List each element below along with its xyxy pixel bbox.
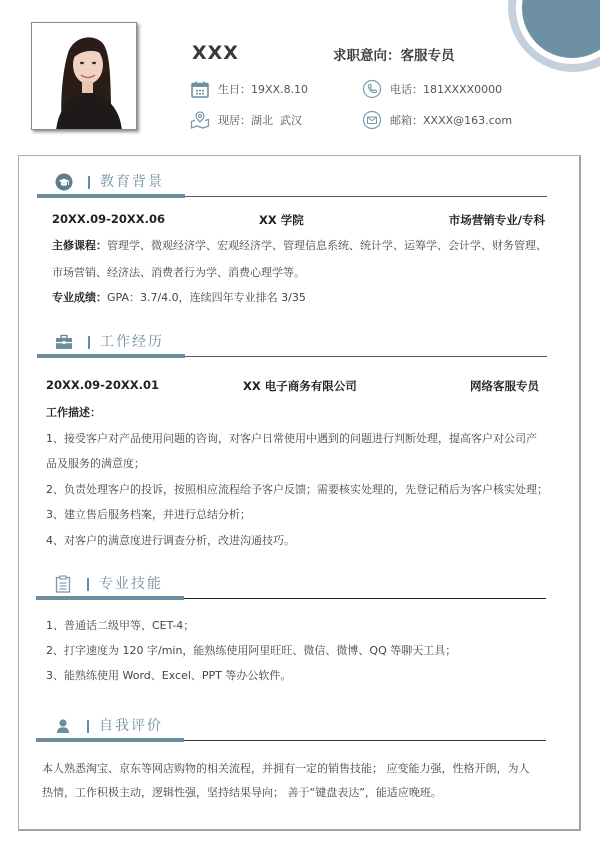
section-underline-accent <box>36 738 184 742</box>
candidate-name: XXX <box>192 42 239 64</box>
skill-item-3: 3、能熟练使用 Word、Excel、PPT 等办公软件。 <box>46 664 556 687</box>
section-divider-bar <box>88 176 90 189</box>
phone-value: 181XXXX0000 <box>423 83 502 96</box>
courses-line-1: 管理学、微观经济学、宏观经济学、管理信息系统、统计学、运筹学、会计学、财务管理、 <box>107 239 547 252</box>
briefcase-icon <box>55 333 73 351</box>
section-underline-accent <box>37 354 185 358</box>
email-info: 邮箱：XXXX@163.com <box>362 110 512 130</box>
section-title-work: 工作经历 <box>100 331 164 351</box>
courses-label: 主修课程： <box>52 239 107 252</box>
section-divider-bar <box>87 578 89 591</box>
work-entry: 20XX.09-20XX.01 XX 电子商务有限公司 网络客服专员 <box>46 378 539 394</box>
residence-value: 湖北 武汉 <box>251 112 302 128</box>
email-value: XXXX@163.com <box>423 114 512 127</box>
birthday-info: 生日：19XX.8.10 <box>190 79 308 99</box>
location-map-icon <box>190 110 210 130</box>
section-header-self-eval: 自我评价 <box>36 711 546 741</box>
job-intention-value: 客服专员 <box>401 48 455 64</box>
section-header-education: 教育背景 <box>37 167 547 197</box>
skill-item-2: 2、打字速度为 120 字/min，能熟练使用阿里旺旺、微信、微博、QQ 等聊天… <box>46 639 556 662</box>
education-entry: 20XX.09-20XX.06 XX 学院 市场营销专业/专科 <box>52 212 545 228</box>
section-divider-bar <box>88 336 90 349</box>
phone-icon <box>362 79 382 99</box>
envelope-icon <box>362 110 382 130</box>
user-icon <box>54 717 72 735</box>
education-courses-cont: 市场营销、经济法、消费者行为学、消费心理学等。 <box>52 261 552 284</box>
education-period: 20XX.09-20XX.06 <box>52 212 165 228</box>
birthday-value: 19XX.8.10 <box>251 83 308 96</box>
courses-line-2: 市场营销、经济法、消费者行为学、消费心理学等。 <box>52 266 305 279</box>
work-item-1-cont: 品及服务的满意度； <box>46 452 556 475</box>
section-underline-accent <box>36 596 184 600</box>
section-title-skills: 专业技能 <box>99 573 163 593</box>
self-eval-line-2: 热情，工作积极主动，逻辑性强，坚持结果导向； 善于“键盘表达”，能适应晚班。 <box>42 780 562 806</box>
email-label: 邮箱： <box>390 112 423 128</box>
job-intention: 求职意向：客服专员 <box>333 44 455 64</box>
section-title-education: 教育背景 <box>100 171 164 191</box>
work-item-3: 3、建立售后服务档案，并进行总结分析； <box>46 503 556 526</box>
education-school: XX 学院 <box>259 212 304 228</box>
self-eval-line-1: 本人熟悉淘宝、京东等网店购物的相关流程，并拥有一定的销售技能； 应变能力强，性格… <box>42 756 562 782</box>
phone-info: 电话：181XXXX0000 <box>362 79 502 99</box>
residence-info: 现居：湖北 武汉 <box>190 110 302 130</box>
work-description-label: 工作描述： <box>46 401 101 424</box>
work-item-4: 4、对客户的满意度进行调查分析，改进沟通技巧。 <box>46 529 556 552</box>
education-major: 市场营销专业/专科 <box>449 212 545 228</box>
graduation-cap-icon <box>55 173 73 191</box>
education-grades: 专业成绩：GPA：3.7/4.0，连续四年专业排名 3/35 <box>52 286 552 309</box>
work-item-1: 1、接受客户对产品使用问题的咨询，对客户日常使用中遇到的问题进行判断处理，提高客… <box>46 427 556 450</box>
section-header-work: 工作经历 <box>37 327 547 357</box>
desc-label: 工作描述： <box>46 406 101 419</box>
work-company: XX 电子商务有限公司 <box>243 378 357 394</box>
section-divider-bar <box>87 720 89 733</box>
profile-photo <box>31 22 137 130</box>
work-item-2: 2、负责处理客户的投诉，按照相应流程给予客户反馈；需要核实处理的，先登记稍后为客… <box>46 478 566 501</box>
section-header-skills: 专业技能 <box>36 569 546 599</box>
education-courses: 主修课程：管理学、微观经济学、宏观经济学、管理信息系统、统计学、运筹学、会计学、… <box>52 234 552 257</box>
phone-label: 电话： <box>390 81 423 97</box>
grades-label: 专业成绩： <box>52 291 107 304</box>
residence-label: 现居： <box>218 112 251 128</box>
job-intention-label: 求职意向： <box>333 48 401 64</box>
section-title-self-eval: 自我评价 <box>99 715 163 735</box>
section-underline-accent <box>37 194 185 198</box>
work-position: 网络客服专员 <box>470 378 539 394</box>
clipboard-icon <box>54 575 72 593</box>
calendar-icon <box>190 79 210 99</box>
birthday-label: 生日： <box>218 81 251 97</box>
work-period: 20XX.09-20XX.01 <box>46 378 159 394</box>
skill-item-1: 1、普通话二级甲等、CET-4； <box>46 614 556 637</box>
grades-value: GPA：3.7/4.0，连续四年专业排名 3/35 <box>107 291 306 304</box>
